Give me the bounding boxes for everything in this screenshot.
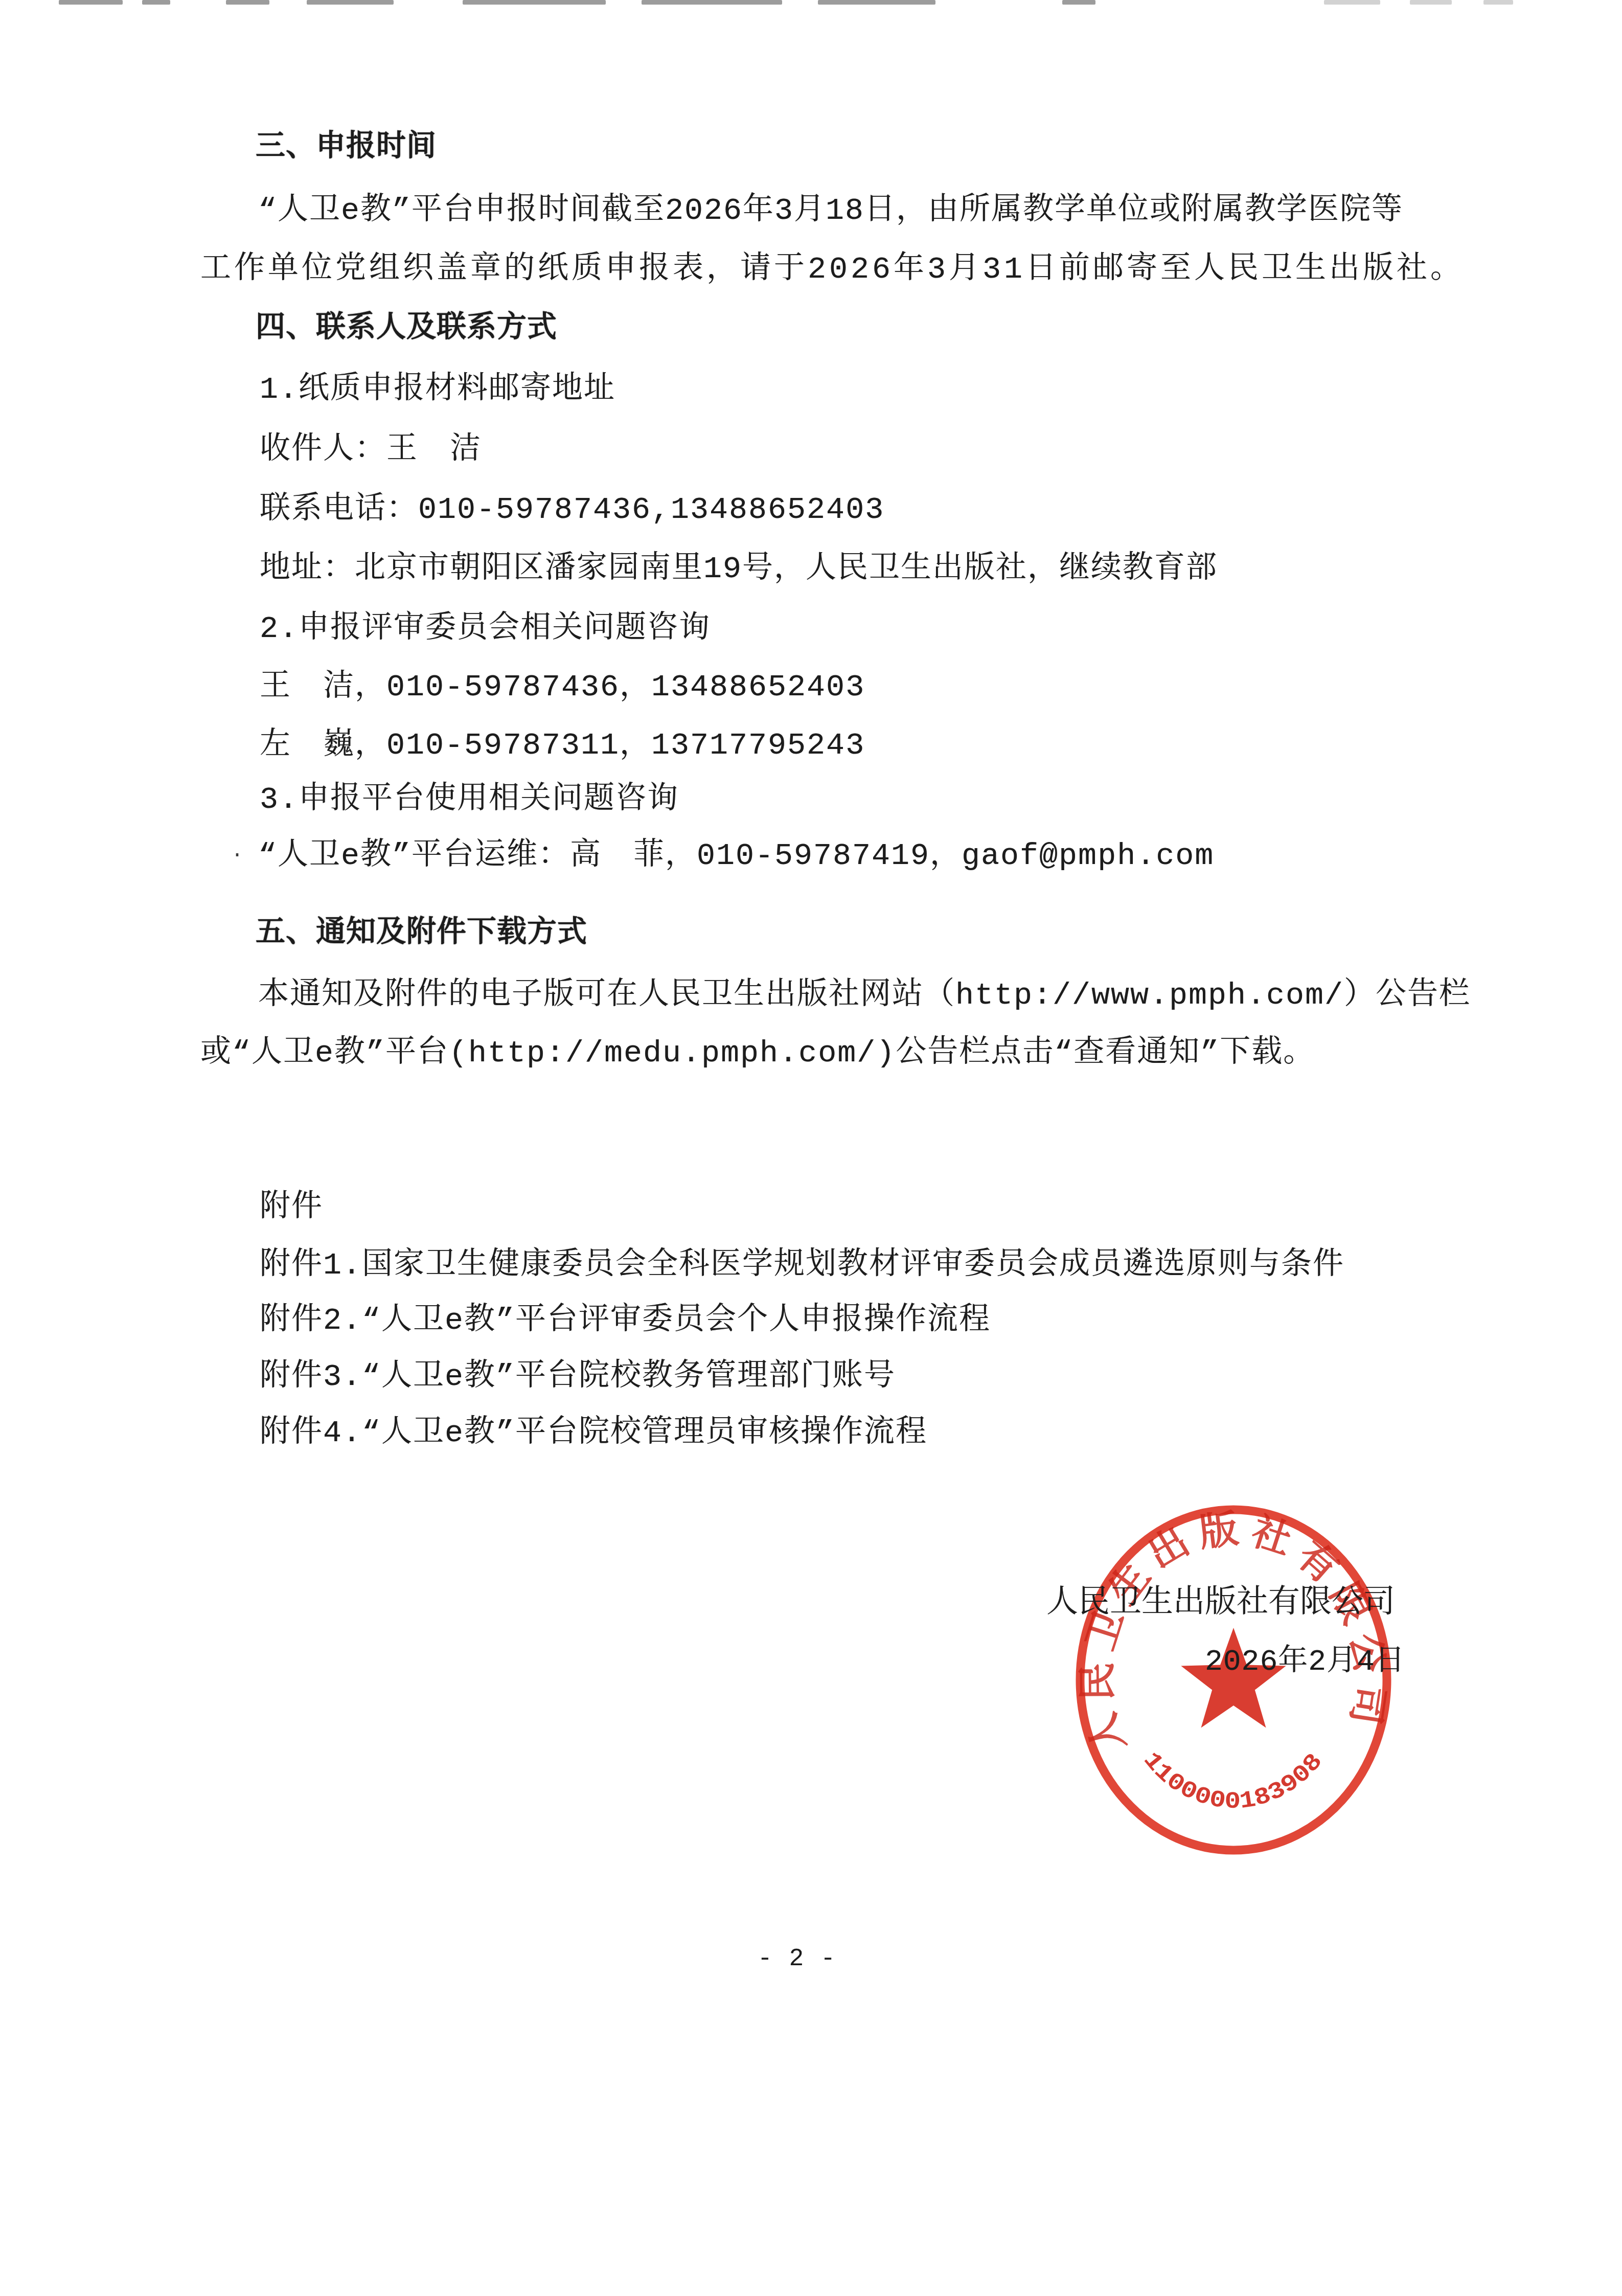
stray-dot-mark: · — [231, 845, 244, 867]
scan-artifact — [1410, 0, 1452, 5]
scan-artifact — [642, 0, 782, 5]
section-3-heading: 三、申报时间 — [256, 132, 437, 165]
scan-artifact — [463, 0, 606, 5]
section-5-paragraph-line-2: 或“人卫e教”平台(http://medu.pmph.com/)公告栏点击“查看… — [200, 1037, 1315, 1071]
recipient-line: 收件人：王 洁 — [260, 434, 482, 467]
scan-artifact — [59, 0, 123, 5]
platform-ops-contact-line: “人卫e教”平台运维：高 菲，010-59787419，gaof@pmph.co… — [258, 839, 1214, 873]
contact-zuo-wei-line: 左 巍，010-59787311，13717795243 — [260, 729, 865, 763]
page-number: - 2 - — [758, 1946, 836, 1973]
document-page: 三、申报时间 “人卫e教”平台申报时间截至2026年3月18日，由所属教学单位或… — [0, 0, 1622, 2296]
scan-artifact — [818, 0, 935, 5]
signature-date: 2026年2月4日 — [1205, 1646, 1405, 1679]
scan-artifact — [1062, 0, 1095, 5]
mailing-address-item-title: 1.纸质申报材料邮寄地址 — [260, 373, 615, 407]
mailing-address-line: 地址：北京市朝阳区潘家园南里19号，人民卫生出版社，继续教育部 — [260, 553, 1218, 586]
section-3-paragraph-line-2: 工作单位党组织盖章的纸质申报表，请于2026年3月31日前邮寄至人民卫生出版社。 — [200, 253, 1464, 287]
platform-consult-item-title: 3.申报平台使用相关问题咨询 — [260, 783, 679, 817]
committee-consult-item-title: 2.申报评审委员会相关问题咨询 — [260, 612, 711, 646]
scan-artifact — [1324, 0, 1380, 5]
scan-artifact — [1483, 0, 1513, 5]
scan-artifact — [142, 0, 170, 5]
attachment-item-2: 附件2.“人卫e教”平台评审委员会个人申报操作流程 — [260, 1304, 991, 1338]
section-5-paragraph-line-1: 本通知及附件的电子版可在人民卫生出版社网站（http://www.pmph.co… — [258, 979, 1471, 1013]
attachments-label: 附件 — [260, 1191, 323, 1225]
scan-artifact — [307, 0, 394, 5]
section-4-heading: 四、联系人及联系方式 — [256, 313, 557, 346]
scan-artifact — [226, 0, 269, 5]
contact-wang-jie-line: 王 洁，010-59787436，13488652403 — [260, 671, 865, 704]
official-seal: 人民卫生出版社有限公司 1100000183908 — [1055, 1486, 1412, 1874]
attachment-item-3: 附件3.“人卫e教”平台院校教务管理部门账号 — [260, 1360, 896, 1394]
attachment-item-4: 附件4.“人卫e教”平台院校管理员审核操作流程 — [260, 1417, 927, 1450]
contact-phone-line: 联系电话：010-59787436,13488652403 — [260, 493, 884, 527]
signature-company-name: 人民卫生出版社有限公司 — [1046, 1586, 1395, 1621]
attachment-item-1: 附件1.国家卫生健康委员会全科医学规划教材评审委员会成员遴选原则与条件 — [260, 1249, 1344, 1283]
seal-serial: 1100000183908 — [1137, 1747, 1328, 1815]
section-5-heading: 五、通知及附件下载方式 — [256, 918, 587, 950]
section-3-paragraph-line-1: “人卫e教”平台申报时间截至2026年3月18日，由所属教学单位或附属教学医院等 — [258, 194, 1403, 228]
